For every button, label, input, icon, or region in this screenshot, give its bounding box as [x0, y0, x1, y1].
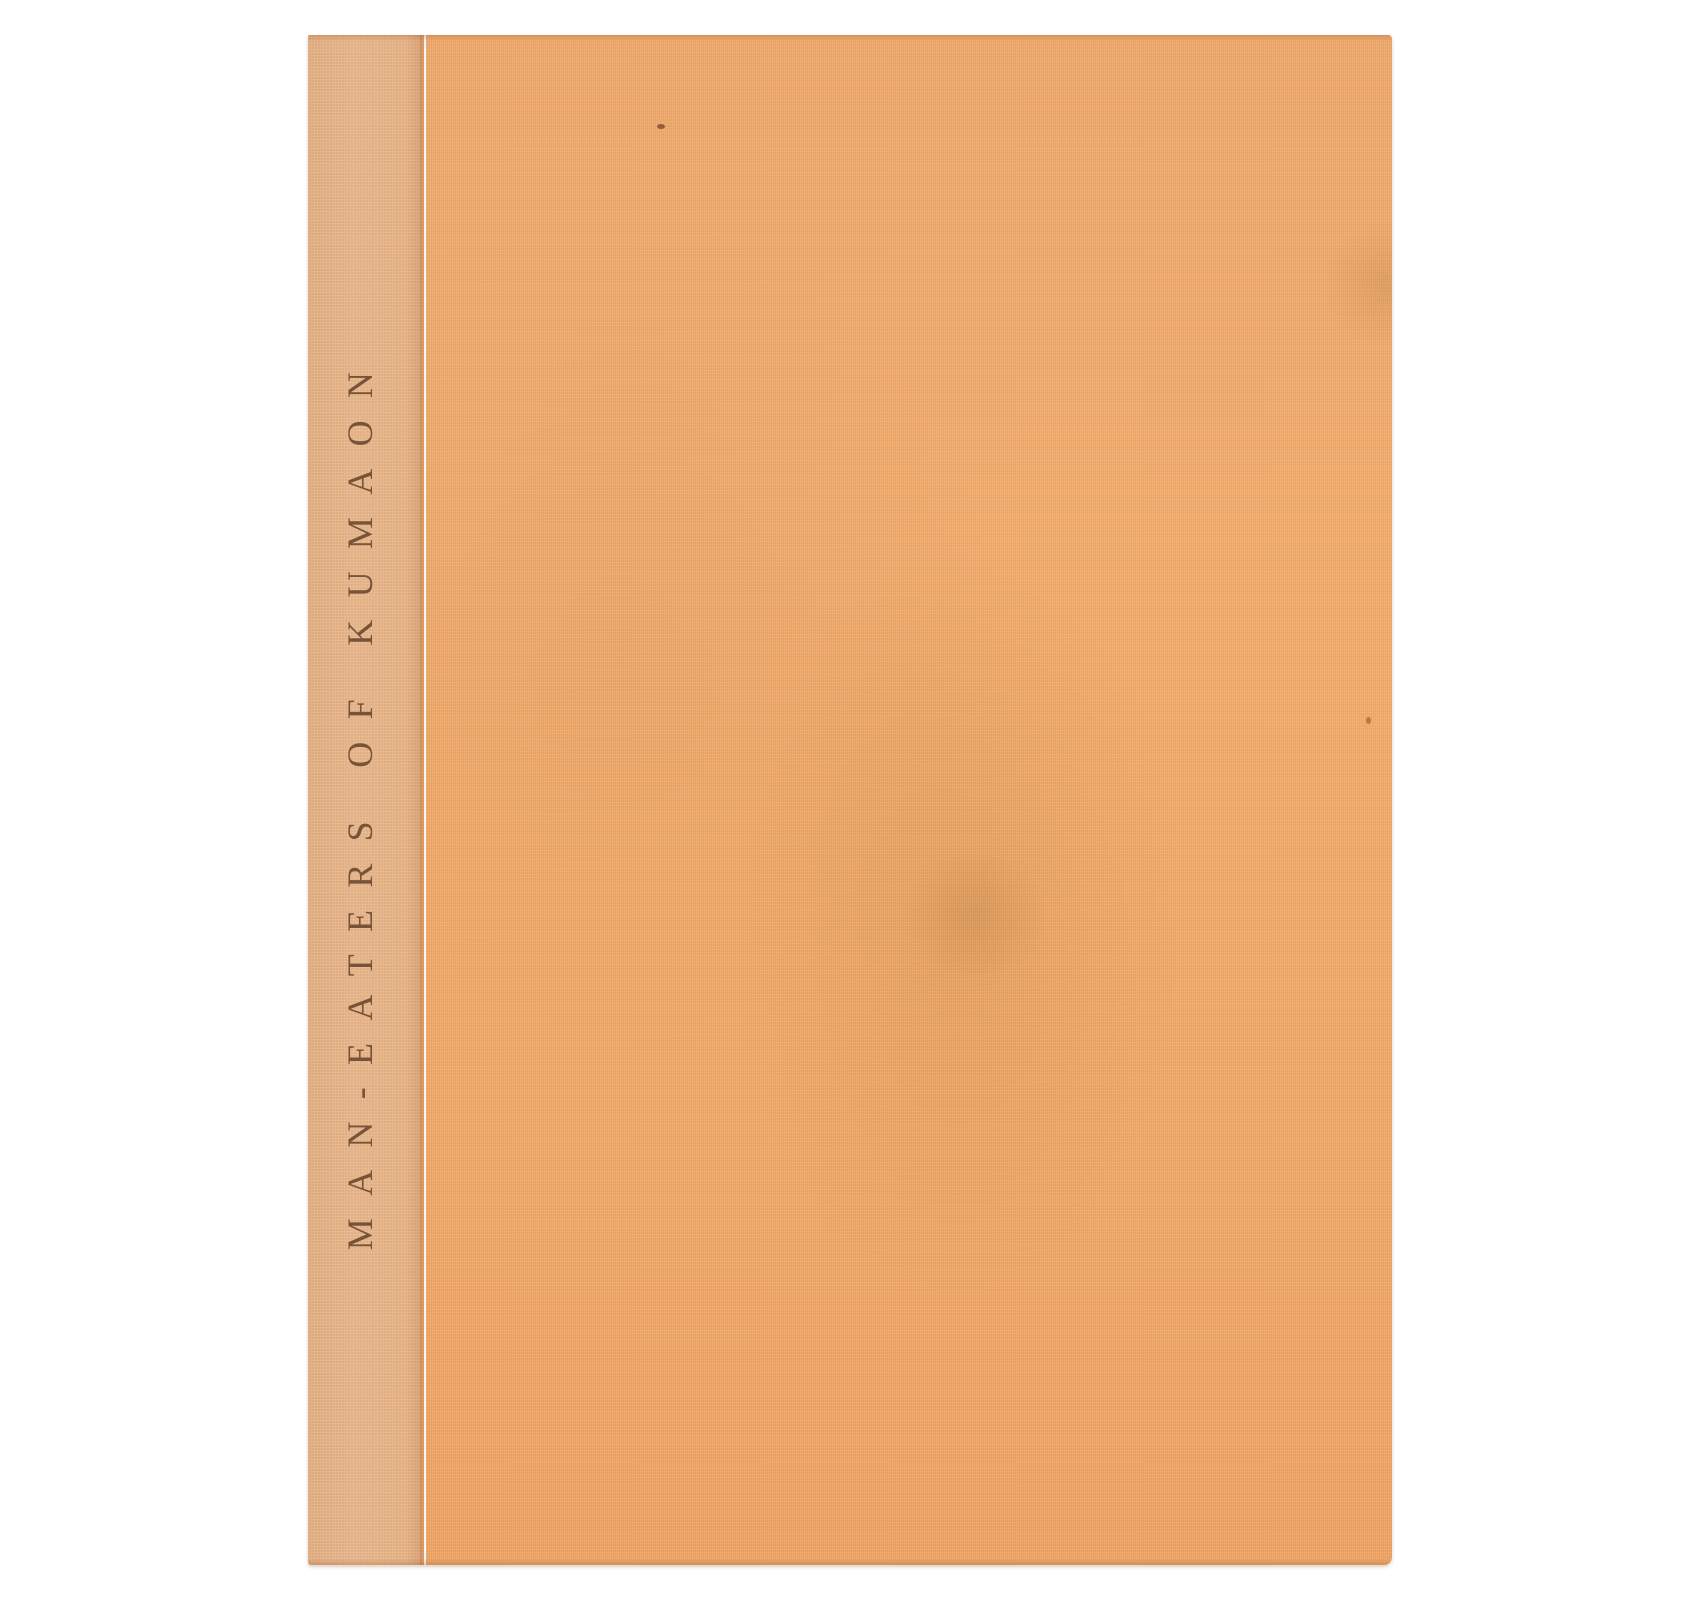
top-edge-wear: [308, 35, 1392, 41]
cover-stain: [1326, 215, 1392, 355]
cover-blemish: [1366, 717, 1371, 724]
book: MAN-EATERS OF KUMAON: [308, 35, 1392, 1565]
cover-blemish: [657, 124, 665, 129]
book-spine: MAN-EATERS OF KUMAON: [308, 35, 424, 1565]
bottom-edge-wear: [308, 1559, 1392, 1565]
spine-title: MAN-EATERS OF KUMAON: [339, 270, 381, 1330]
front-cover: [426, 35, 1392, 1565]
cover-stain: [896, 855, 1056, 975]
